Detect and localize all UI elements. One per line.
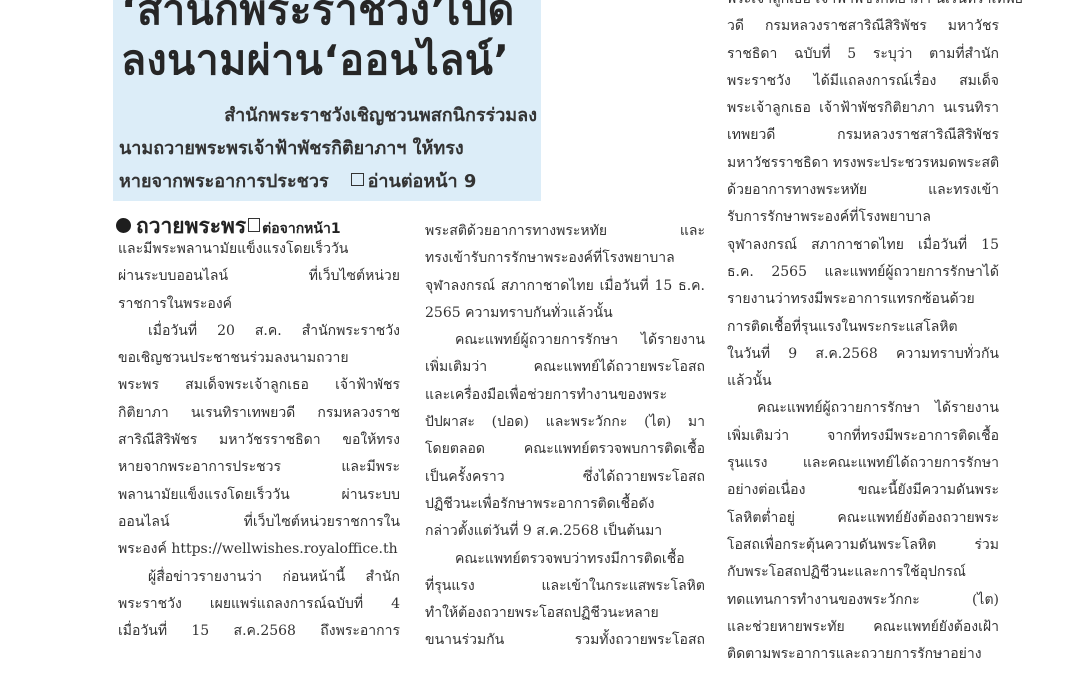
paragraph-line: พระสติด้วยอาการทางพระหทัย และ bbox=[425, 218, 705, 245]
paragraph-line: ผู้สื่อข่าวรายงานว่า ก่อนหน้านี้ สำนัก bbox=[118, 564, 400, 591]
paragraph-line: จุฬาลงกรณ์ สภากาชาดไทย เมื่อวันที่ 15 ธ.… bbox=[425, 273, 705, 300]
paragraph-line: ปัปผาสะ (ปอด) และพระวักกะ (ไต) มา bbox=[425, 409, 705, 436]
paragraph-line: กิติยาภา นเรนทิราเทพยวดี กรมหลวงราช bbox=[118, 400, 400, 427]
paragraph-line: พลานามัยแข็งแรงโดยเร็ววัน ผ่านระบบ bbox=[118, 482, 400, 509]
paragraph-line: ออนไลน์ ที่เว็บไซต์หน่วยราชการใน bbox=[118, 509, 400, 536]
paragraph-line: ราชธิดา ฉบับที่ 5 ระบุว่า ตามที่สำนัก bbox=[727, 41, 999, 68]
article-column-middle: พระสติด้วยอาการทางพระหทัย และทรงเข้ารับก… bbox=[425, 218, 705, 655]
bullet-icon bbox=[116, 218, 131, 233]
paragraph-line: เป็นครั้งคราว ซึ่งได้ถวายพระโอสถ bbox=[425, 464, 705, 491]
paragraph-line: 2565 ความทราบกันทั่วแล้วนั้น bbox=[425, 300, 705, 327]
continuation-from-label: ต่อจากหน้า1 bbox=[262, 221, 340, 237]
paragraph-line: รุนแรง และคณะแพทย์ได้ถวายการรักษา bbox=[727, 450, 999, 477]
continuation-title: ถวายพระพร bbox=[136, 214, 246, 238]
paragraph-line: กล่าวตั้งแต่วันที่ 9 ส.ค.2568 เป็นต้นมา bbox=[425, 518, 705, 545]
paragraph-line: เพิ่มเติมว่า จากที่ทรงมีพระอาการติดเชื้อ bbox=[727, 423, 999, 450]
paragraph-line: มหาวัชรราชธิดา ทรงพระประชวรหมดพระสติ bbox=[727, 150, 999, 177]
jump-to-page: อ่านต่อหน้า 9 bbox=[351, 171, 477, 192]
paragraph-line: พระเจ้าลูกเธอ เจ้าฟ้าพัชรกิติยาภา นเรนทิ… bbox=[727, 0, 999, 13]
paragraph-line: พระราชวัง ได้มีแถลงการณ์เรื่อง สมเด็จ bbox=[727, 68, 999, 95]
paragraph-line: เมื่อวันที่ 15 ส.ค.2568 ถึงพระอาการ bbox=[118, 618, 400, 645]
box-icon bbox=[351, 173, 364, 186]
article-column-left: และมีพระพลานามัยแข็งแรงโดยเร็ววันผ่านระบ… bbox=[118, 236, 400, 645]
paragraph-line: คณะแพทย์ผู้ถวายการรักษา ได้รายงาน bbox=[425, 327, 705, 354]
paragraph-line: กับพระโอสถปฏิชีวนะและการใช้อุปกรณ์ bbox=[727, 559, 999, 586]
paragraph-line: จุฬาลงกรณ์ สภากาชาดไทย เมื่อวันที่ 15 bbox=[727, 232, 999, 259]
paragraph-line: เมื่อวันที่ 20 ส.ค. สำนักพระราชวัง bbox=[118, 318, 400, 345]
headline-line-2: ลงนามผ่าน‘ออนไลน์’ bbox=[121, 34, 541, 86]
paragraph-line: คณะแพทย์ผู้ถวายการรักษา ได้รายงาน bbox=[727, 395, 999, 422]
paragraph-line: ขนานร่วมกัน รวมทั้งถวายพระโอสถ bbox=[425, 627, 705, 654]
paragraph-line: หายจากพระอาการประชวร และมีพระ bbox=[118, 454, 400, 481]
paragraph-line: การติดเชื้อที่รุนแรงในพระกระแสโลหิต bbox=[727, 314, 999, 341]
paragraph-line: พระพร สมเด็จพระเจ้าลูกเธอ เจ้าฟ้าพัชร bbox=[118, 372, 400, 399]
jump-label: อ่านต่อหน้า 9 bbox=[368, 171, 477, 192]
paragraph-line: โอสถเพื่อกระตุ้นความดันพระโลหิต ร่วม bbox=[727, 532, 999, 559]
paragraph-line: ทำให้ต้องถวายพระโอสถปฏิชีวนะหลาย bbox=[425, 600, 705, 627]
article-column-right: พระเจ้าลูกเธอ เจ้าฟ้าพัชรกิติยาภา นเรนทิ… bbox=[727, 0, 999, 668]
paragraph-line: ติดตามพระอาการและถวายการรักษาอย่าง bbox=[727, 641, 999, 668]
deck-line-2: นามถวายพระพรเจ้าฟ้าพัชรกิติยาภาฯ ให้ทรง bbox=[119, 133, 537, 165]
deck-line-3: หายจากพระอาการประชวรอ่านต่อหน้า 9 bbox=[119, 166, 537, 198]
deck-line-1: สำนักพระราชวังเชิญชวนพสกนิกรร่วมลง bbox=[119, 100, 537, 132]
paragraph-line: และมีพระพลานามัยแข็งแรงโดยเร็ววัน bbox=[118, 236, 400, 263]
paragraph-line: พระเจ้าลูกเธอ เจ้าฟ้าพัชรกิติยาภา นเรนทิ… bbox=[727, 95, 999, 122]
paragraph-line: ธ.ค. 2565 และแพทย์ผู้ถวายการรักษาได้ bbox=[727, 259, 999, 286]
paragraph-line: วดี กรมหลวงราชสาริณีสิริพัชร มหาวัชร bbox=[727, 13, 999, 40]
headline-line-1: ‘สำนักพระราชวัง’เปิด bbox=[121, 0, 541, 36]
paragraph-line: ในวันที่ 9 ส.ค.2568 ความทราบทั่วกัน bbox=[727, 341, 999, 368]
paragraph-line: ผ่านระบบออนไลน์ ที่เว็บไซต์หน่วย bbox=[118, 263, 400, 290]
paragraph-line: และเครื่องมือเพื่อช่วยการทำงานของพระ bbox=[425, 382, 705, 409]
paragraph-line: ขอเชิญชวนประชาชนร่วมลงนามถวาย bbox=[118, 345, 400, 372]
paragraph-line: โลหิตต่ำอยู่ คณะแพทย์ยังต้องถวายพระ bbox=[727, 505, 999, 532]
paragraph-line: คณะแพทย์ตรวจพบว่าทรงมีการติดเชื้อ bbox=[425, 546, 705, 573]
box-icon bbox=[248, 218, 260, 232]
paragraph-line: ที่รุนแรง และเข้าในกระแสพระโลหิต bbox=[425, 573, 705, 600]
headline-box: ‘สำนักพระราชวัง’เปิด ลงนามผ่าน‘ออนไลน์’ … bbox=[113, 0, 541, 201]
paragraph-line: เทพยวดี กรมหลวงราชสาริณีสิริพัชร bbox=[727, 122, 999, 149]
paragraph-line: ราชการในพระองค์ bbox=[118, 291, 400, 318]
paragraph-line: ทรงเข้ารับการรักษาพระองค์ที่โรงพยาบาล bbox=[425, 245, 705, 272]
paragraph-line: ด้วยอาการทางพระหทัย และทรงเข้า bbox=[727, 177, 999, 204]
paragraph-line: รายงานว่าทรงมีพระอาการแทรกซ้อนด้วย bbox=[727, 286, 999, 313]
paragraph-line: พระองค์ https://wellwishes.royaloffice.t… bbox=[118, 536, 400, 563]
paragraph-line: โดยตลอด คณะแพทย์ตรวจพบการติดเชื้อ bbox=[425, 436, 705, 463]
paragraph-line: พระราชวัง เผยแพร่แถลงการณ์ฉบับที่ 4 bbox=[118, 591, 400, 618]
paragraph-line: ทดแทนการทำงานของพระวักกะ (ไต) bbox=[727, 587, 999, 614]
paragraph-line: ปฏิชีวนะเพื่อรักษาพระอาการติดเชื้อดัง bbox=[425, 491, 705, 518]
paragraph-line: เพิ่มเติมว่า คณะแพทย์ได้ถวายพระโอสถ bbox=[425, 354, 705, 381]
paragraph-line: และช่วยหายพระทัย คณะแพทย์ยังต้องเฝ้า bbox=[727, 614, 999, 641]
paragraph-line: อย่างต่อเนื่อง ขณะนี้ยังมีความดันพระ bbox=[727, 477, 999, 504]
deck-line-3-text: หายจากพระอาการประชวร bbox=[119, 171, 329, 192]
paragraph-line: แล้วนั้น bbox=[727, 368, 999, 395]
paragraph-line: รับการรักษาพระองค์ที่โรงพยาบาล bbox=[727, 204, 999, 231]
paragraph-line: สาริณีสิริพัชร มหาวัชรราชธิดา ขอให้ทรง bbox=[118, 427, 400, 454]
